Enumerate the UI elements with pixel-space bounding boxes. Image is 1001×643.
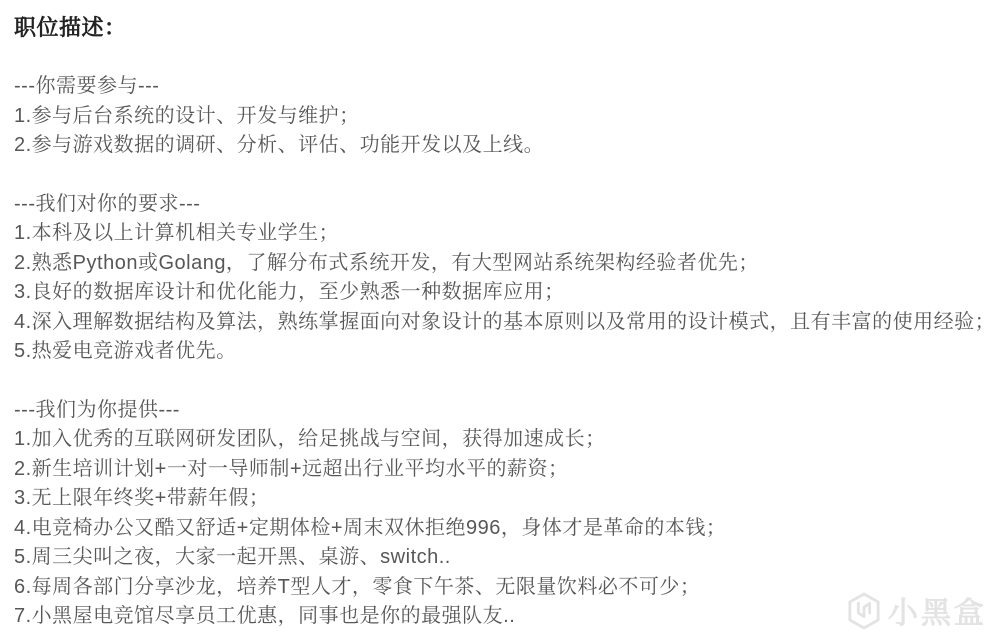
job-description: 职位描述： ---你需要参与--- 1.参与后台系统的设计、开发与维护； 2.参… [0, 0, 1001, 632]
description-line: 1.参与后台系统的设计、开发与维护； [14, 102, 985, 132]
description-line: 5.热爱电竞游戏者优先。 [14, 337, 985, 367]
section-requirements: ---我们对你的要求--- 1.本科及以上计算机相关专业学生； 2.熟悉Pyth… [14, 190, 985, 367]
section-header: ---你需要参与--- [14, 72, 985, 102]
description-line: 2.参与游戏数据的调研、分析、评估、功能开发以及上线。 [14, 131, 985, 161]
description-line: 7.小黑屋电竞馆尽享员工优惠，同事也是你的最强队友.. [14, 602, 985, 632]
description-line: 5.周三尖叫之夜，大家一起开黑、桌游、switch.. [14, 543, 985, 573]
description-line: 3.无上限年终奖+带薪年假； [14, 484, 985, 514]
description-line: 4.电竞椅办公又酷又舒适+定期体检+周末双休拒绝996，身体才是革命的本钱； [14, 514, 985, 544]
description-line: 1.加入优秀的互联网研发团队，给足挑战与空间，获得加速成长； [14, 425, 985, 455]
description-line: 6.每周各部门分享沙龙，培养T型人才，零食下午茶、无限量饮料必不可少； [14, 573, 985, 603]
description-line: 3.良好的数据库设计和优化能力，至少熟悉一种数据库应用； [14, 278, 985, 308]
description-line: 4.深入理解数据结构及算法，熟练掌握面向对象设计的基本原则以及常用的设计模式，且… [14, 308, 985, 338]
section-header: ---我们为你提供--- [14, 396, 985, 426]
page-title: 职位描述： [14, 13, 985, 43]
section-header: ---我们对你的要求--- [14, 190, 985, 220]
description-line: 2.新生培训计划+一对一导师制+远超出行业平均水平的薪资； [14, 455, 985, 485]
section-participate: ---你需要参与--- 1.参与后台系统的设计、开发与维护； 2.参与游戏数据的… [14, 72, 985, 161]
description-line: 1.本科及以上计算机相关专业学生； [14, 219, 985, 249]
description-line: 2.熟悉Python或Golang，了解分布式系统开发，有大型网站系统架构经验者… [14, 249, 985, 279]
section-benefits: ---我们为你提供--- 1.加入优秀的互联网研发团队，给足挑战与空间，获得加速… [14, 396, 985, 632]
